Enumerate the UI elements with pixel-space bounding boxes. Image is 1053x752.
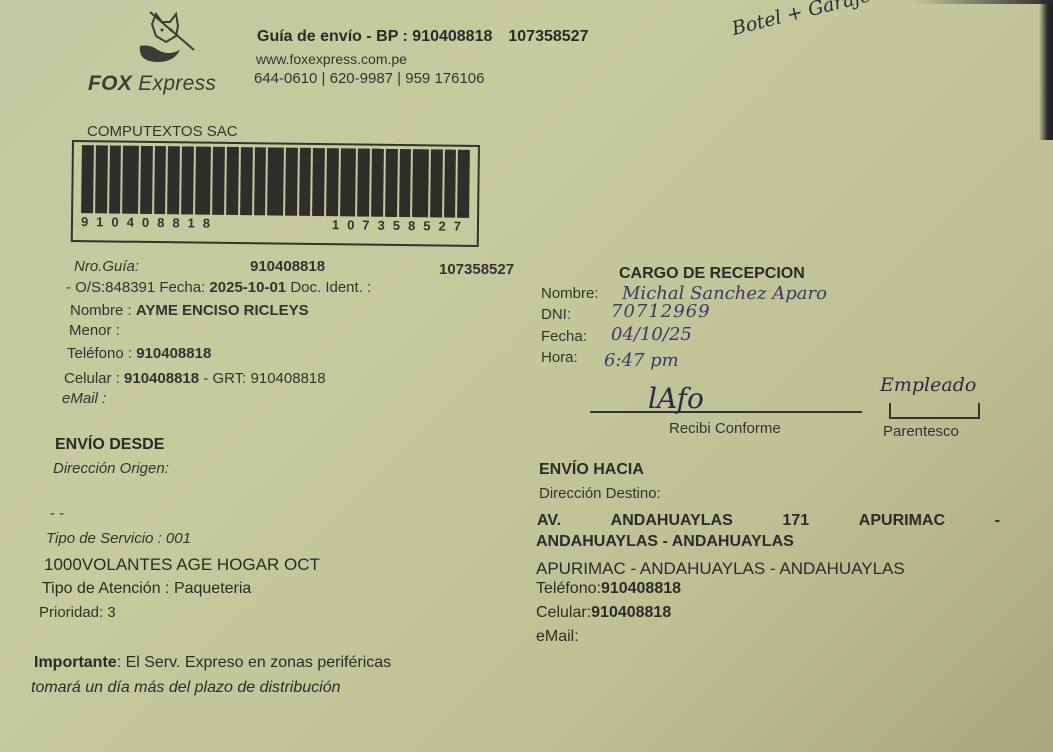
barcode-bar <box>240 147 253 215</box>
website-link[interactable]: www.foxexpress.com.pe <box>256 51 407 67</box>
sender-company: COMPUTEXTOS SAC <box>87 123 238 140</box>
barcode-bar <box>430 149 443 217</box>
recipient-phone: Teléfono : 910408818 <box>67 345 211 362</box>
barcode-bar <box>385 149 398 217</box>
direccion-origen-label: Dirección Origen: <box>53 460 169 477</box>
contact-phones: 644-0610 | 620-9987 | 959 176106 <box>254 70 485 87</box>
parentesco-bracket <box>889 403 980 419</box>
barcode-bar <box>457 150 470 218</box>
guide-title: Guía de envío - BP : 910408818107358527 <box>257 28 588 46</box>
fox-express-logo: FOX Express <box>84 10 244 95</box>
barcode-bar <box>226 147 239 215</box>
destination-phone: Teléfono:910408818 <box>536 580 681 598</box>
destination-cell: Celular:910408818 <box>536 604 671 622</box>
barcode-bars <box>81 145 470 218</box>
barcode: 910408818107358527 <box>71 140 480 247</box>
cargo-title: CARGO DE RECEPCION <box>619 265 805 283</box>
destination-email-label: eMail: <box>536 628 579 646</box>
destination-address-line-1: AV. ANDAHUAYLAS 171 APURIMAC - <box>537 512 1000 530</box>
paper-edge-shadow <box>1039 0 1053 140</box>
envio-hacia-title: ENVÍO HACIA <box>539 461 644 479</box>
parentesco-label: Parentesco <box>883 423 959 440</box>
recibi-conforme-label: Recibi Conforme <box>669 420 781 437</box>
cargo-hora-label: Hora: <box>541 349 578 366</box>
prioridad: Prioridad: 3 <box>39 604 116 621</box>
barcode-bar <box>399 149 412 217</box>
nro-guia-value-2: 107358527 <box>439 261 514 278</box>
importante-note-line-1: Importante: El Serv. Expreso en zonas pe… <box>34 654 391 672</box>
destination-address-line-2: ANDAHUAYLAS - ANDAHUAYLAS <box>536 533 794 551</box>
tipo-servicio: Tipo de Servicio : 001 <box>46 530 191 547</box>
cargo-hora-value: 6:47 pm <box>604 350 679 371</box>
cargo-dni-label: DNI: <box>541 306 571 323</box>
barcode-bar <box>140 146 153 214</box>
fox-icon <box>134 10 204 70</box>
nro-guia-value: 910408818 <box>250 258 325 275</box>
importante-note-line-2: tomará un día más del plazo de distribuc… <box>31 679 341 697</box>
barcode-bar <box>254 147 267 215</box>
barcode-bar <box>312 148 325 216</box>
barcode-bar <box>95 145 108 213</box>
brand-name: FOX Express <box>88 72 216 96</box>
cargo-nombre-label: Nombre: <box>541 285 599 302</box>
parentesco-value: Empleado <box>880 374 976 396</box>
barcode-bar <box>109 145 122 213</box>
barcode-bar <box>167 146 180 214</box>
barcode-bar <box>357 148 370 216</box>
barcode-bar <box>285 148 298 216</box>
barcode-bar <box>413 149 429 217</box>
nro-guia-label: Nro.Guía: <box>74 258 139 275</box>
menor-label: Menor : <box>69 322 120 339</box>
os-fecha-line: - O/S:848391 Fecha: 2025-10-01 Doc. Iden… <box>66 279 371 296</box>
paper-edge-shadow-top <box>913 0 1053 4</box>
barcode-bar <box>154 146 167 214</box>
barcode-bar <box>268 147 284 215</box>
cargo-fecha-value: 04/10/25 <box>611 324 692 345</box>
barcode-bar <box>340 148 356 216</box>
cargo-fecha-label: Fecha: <box>541 328 587 345</box>
direccion-origen-value: - - <box>50 505 64 522</box>
direccion-destino-label: Dirección Destino: <box>539 485 661 502</box>
signature-line <box>590 411 862 413</box>
barcode-bar <box>326 148 339 216</box>
barcode-bar <box>212 147 225 215</box>
barcode-bar <box>81 145 94 213</box>
tipo-atencion: Tipo de Atención : Paqueteria <box>42 580 251 598</box>
barcode-bar <box>371 149 384 217</box>
envio-desde-title: ENVÍO DESDE <box>55 436 164 454</box>
cargo-dni-value: 70712969 <box>611 301 711 322</box>
barcode-bar <box>122 146 138 214</box>
recipient-cell: Celular : 910408818 - GRT: 910408818 <box>64 370 326 387</box>
destination-address-line-3: APURIMAC - ANDAHUAYLAS - ANDAHUAYLAS <box>536 559 905 579</box>
handwritten-note: Botel + Garaje <box>730 0 874 40</box>
shipment-description: 1000VOLANTES AGE HOGAR OCT <box>44 555 320 575</box>
recipient-name: Nombre : AYME ENCISO RICLEYS <box>70 302 309 319</box>
recipient-email-label: eMail : <box>62 390 106 407</box>
barcode-bar <box>444 150 457 218</box>
barcode-bar <box>195 147 211 215</box>
barcode-bar <box>181 146 194 214</box>
barcode-bar <box>299 148 312 216</box>
